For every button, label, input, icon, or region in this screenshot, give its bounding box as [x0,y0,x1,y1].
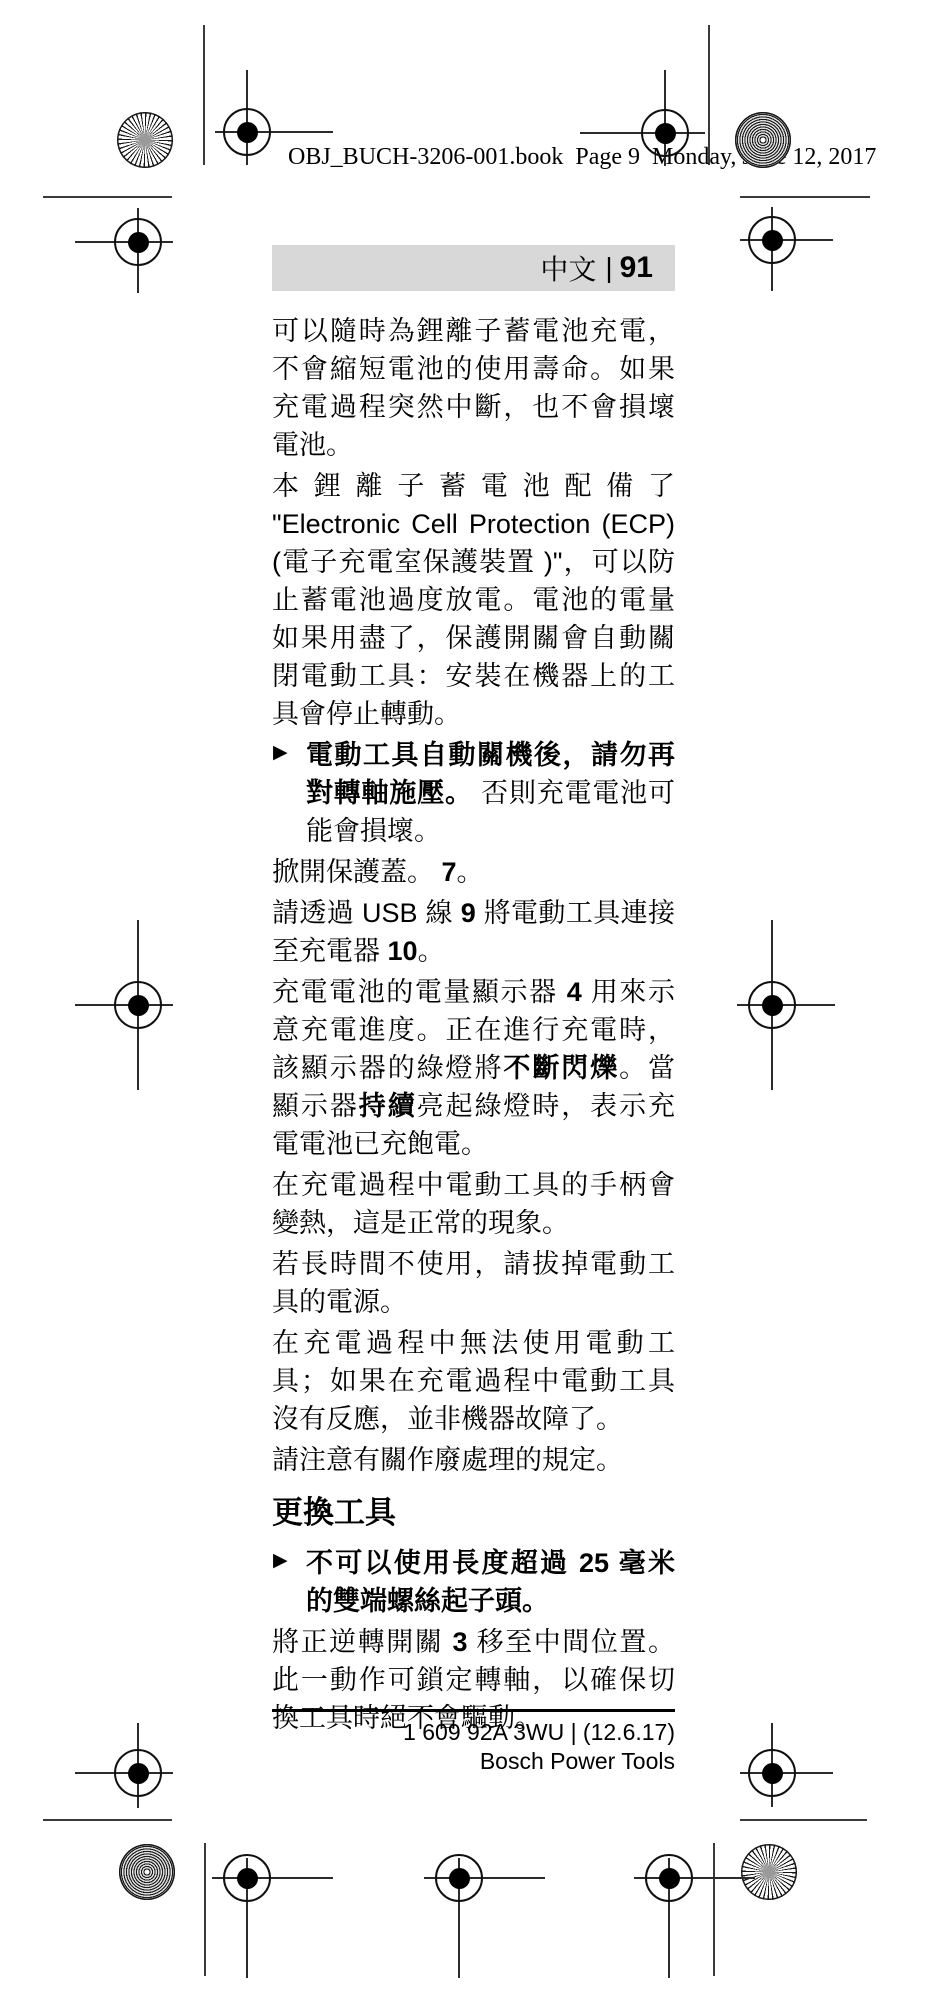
paragraph: 請透過 USB 線 9 將電動工具連接至充電器 10。 [272,894,675,970]
paragraph: 本鋰離子蓄電池配備了 "Electronic Cell Protection (… [272,467,675,733]
page-number-band: 中文 | 91 [272,245,675,291]
manual-page: OBJ_BUCH-3206-001.book Page 9 Monday, Ju… [0,0,950,2015]
crop-line [203,25,205,165]
crop-line [43,1819,172,1821]
bullet-triangle-icon: ▶ [273,1551,288,1570]
crop-line [713,1843,715,1976]
starburst-mark-icon [117,112,173,168]
starburst-mark-icon [741,1844,797,1900]
section-heading: 更換工具 [272,1495,675,1531]
page-footer: 1 609 92A 3WU | (12.6.17) Bosch Power To… [272,1709,675,1776]
language-label: 中文 [540,248,596,288]
charging-section: 可以隨時為鋰離子蓄電池充電，不會縮短電池的使用壽命。如果充電過程突然中斷，也不會… [272,312,675,1479]
crop-line [740,1819,867,1821]
paragraph: 在充電過程中無法使用電動工具；如果在充電過程中電動工具沒有反應，並非機器故障了。 [272,1324,675,1438]
paragraph: 請注意有關作廢處理的規定。 [272,1441,675,1479]
crop-line [740,196,870,198]
crop-line [43,196,172,198]
moire-circle-icon [735,112,791,168]
content-column: 中文 | 91 可以隨時為鋰離子蓄電池充電，不會縮短電池的使用壽命。如果充電過程… [272,245,675,1740]
bullet-triangle-icon: ▶ [273,743,288,762]
page-number: 91 [620,251,653,285]
paragraph: 在充電過程中電動工具的手柄會變熱，這是正常的現象。 [272,1166,675,1242]
crop-line [204,1843,206,1976]
moire-circle-icon [119,1844,175,1900]
paragraph: 若長時間不使用，請拔掉電動工具的電源。 [272,1245,675,1321]
brand: Bosch Power Tools [272,1747,675,1776]
bullet-paragraph: ▶電動工具自動關機後，請勿再對轉軸施壓。 否則充電電池可能會損壞。 [272,736,675,850]
paragraph: 掀開保護蓋。 7。 [272,853,675,891]
bullet-paragraph: ▶不可以使用長度超過 25 毫米 的雙端螺絲起子頭。 [272,1544,675,1620]
band-separator: | [605,252,612,284]
paragraph: 可以隨時為鋰離子蓄電池充電，不會縮短電池的使用壽命。如果充電過程突然中斷，也不會… [272,312,675,464]
paragraph: 充電電池的電量顯示器 4 用來示意充電進度。正在進行充電時，該顯示器的綠燈將不斷… [272,973,675,1163]
part-number: 1 609 92A 3WU | (12.6.17) [272,1718,675,1747]
